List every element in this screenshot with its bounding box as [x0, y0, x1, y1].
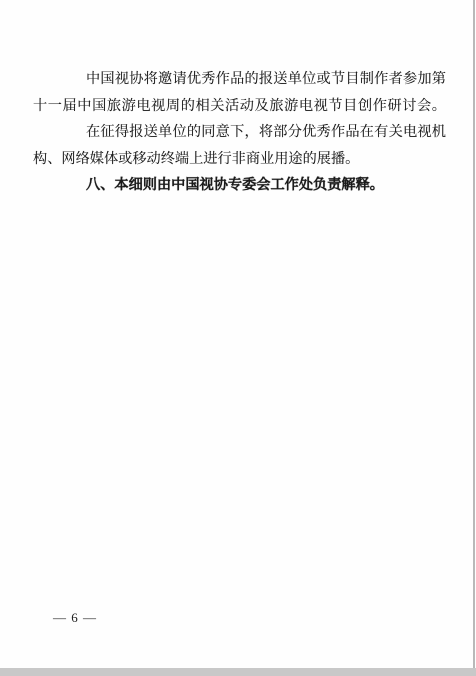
scan-edge-bottom: [0, 668, 476, 676]
text-line: 八、本细则由中国视协专委会工作处负责解释。: [33, 172, 446, 199]
body-text: 中国视协将邀请优秀作品的报送单位或节目制作者参加第 十一届中国旅游电视周的相关活…: [33, 66, 446, 199]
page-number: — 6 —: [53, 610, 97, 626]
paragraph-interpretation-clause: 八、本细则由中国视协专委会工作处负责解释。: [33, 172, 446, 199]
document-page: 中国视协将邀请优秀作品的报送单位或节目制作者参加第 十一届中国旅游电视周的相关活…: [0, 0, 476, 676]
text-line: 中国视协将邀请优秀作品的报送单位或节目制作者参加第: [33, 66, 446, 93]
scan-edge-right: [473, 0, 475, 668]
text-line: 在征得报送单位的同意下，将部分优秀作品在有关电视机: [33, 119, 446, 146]
paragraph-broadcast: 在征得报送单位的同意下，将部分优秀作品在有关电视机 构、网络媒体或移动终端上进行…: [33, 119, 446, 172]
text-line: 构、网络媒体或移动终端上进行非商业用途的展播。: [33, 146, 446, 173]
paragraph-invitation: 中国视协将邀请优秀作品的报送单位或节目制作者参加第 十一届中国旅游电视周的相关活…: [33, 66, 446, 119]
text-line: 十一届中国旅游电视周的相关活动及旅游电视节目创作研讨会。: [33, 93, 446, 120]
